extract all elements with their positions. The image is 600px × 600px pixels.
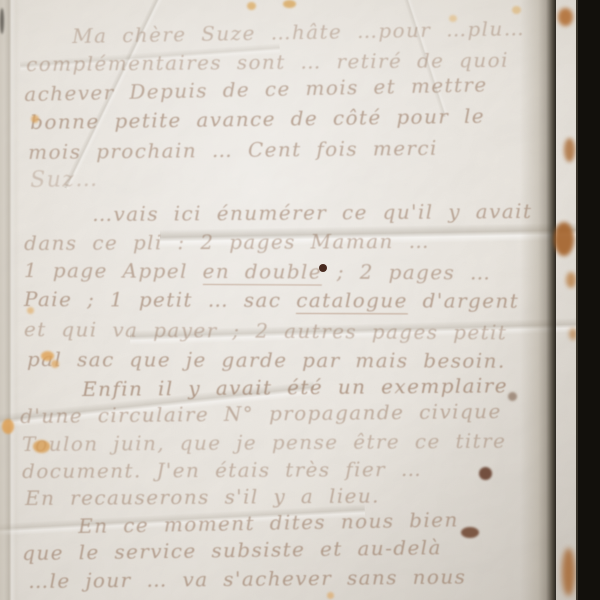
underlined-phrase: catalogue [296,288,408,314]
page-edge-shadow [520,0,556,600]
manuscript-line: Suz… [30,167,99,193]
manuscript-line: Enfin il y avait été un exemplaire [82,373,508,401]
manuscript-line: En ce moment dites nous bien [78,507,459,538]
ink-spot [508,392,517,401]
rust-stain [558,8,573,26]
manuscript-text: …le jour … va s'achever sans nous [28,564,466,593]
ink-smudge [461,527,479,538]
manuscript-line: dans ce pli : 2 pages Maman … [24,229,430,255]
page-gutter [0,0,22,600]
manuscript-text: bonne petite avance de côté pour le [30,104,485,134]
manuscript-text: d'une circulaire N° propagande civique [20,399,502,428]
manuscript-line: que le service subsiste et au-delà [22,535,442,565]
manuscript-text: pal sac que je garde par mais besoin. [27,347,506,373]
manuscript-line: d'une circulaire N° propagande civique [20,399,502,428]
manuscript-line: document. J'en étais très fier … [22,457,422,483]
manuscript-line: Toulon juin, que je pense être ce titre [22,429,506,456]
manuscript-line: En recauserons s'il y a lieu. [25,484,380,510]
manuscript-text: complémentaires sont … retiré de quoi [26,48,509,76]
manuscript-line: …vais ici énumérer ce qu'il y avait [92,199,532,226]
rust-stain [564,138,575,162]
photo-frame: Ma chère Suze …hâte …pour …plu…complémen… [0,0,600,600]
manuscript-line: mois prochain … Cent fois merci [28,136,438,164]
manuscript-text: Suz… [30,167,99,193]
manuscript-text: document. J'en étais très fier … [22,457,422,483]
manuscript-line: …le jour … va s'achever sans nous [28,564,466,593]
manuscript-text: Enfin il y avait été un exemplaire [82,373,508,401]
manuscript-text: ; 2 pages … [322,260,491,285]
manuscript-text: Ma chère Suze …hâte …pour …plu… [72,16,525,48]
manuscript-text: et qui va payer ; 2 autres pages petit [24,317,508,344]
manuscript-line: complémentaires sont … retiré de quoi [26,48,509,76]
rust-stain [566,272,576,288]
foxing-spot [247,2,256,10]
underlined-phrase: en double [203,259,323,286]
manuscript-line: 1 page Appel en double ; 2 pages … [24,258,492,284]
foxing-spot [283,0,296,8]
manuscript-text: Paie ; 1 petit … sac [24,287,296,312]
manuscript-line: Paie ; 1 petit … sac catalogue d'argent [24,287,519,313]
notebook-page: Ma chère Suze …hâte …pour …plu…complémen… [0,0,578,600]
manuscript-line: et qui va payer ; 2 autres pages petit [24,317,508,344]
ink-spot [479,467,492,480]
manuscript-text: achever Depuis de ce mois et mettre [24,72,488,106]
rust-stain [554,222,574,256]
manuscript-line: achever Depuis de ce mois et mettre [24,72,488,106]
manuscript-line: pal sac que je garde par mais besoin. [27,347,506,373]
manuscript-text: d'argent [408,288,519,312]
manuscript-text: mois prochain … Cent fois merci [28,136,438,164]
photo-background [576,0,600,600]
manuscript-line: Ma chère Suze …hâte …pour …plu… [72,16,525,48]
manuscript-text: En ce moment dites nous bien [78,507,459,538]
manuscript-text: En recauserons s'il y a lieu. [25,484,380,510]
manuscript-text: …vais ici énumérer ce qu'il y avait [92,199,532,226]
rust-stain [562,548,575,596]
manuscript-text: que le service subsiste et au-delà [22,535,442,565]
foxing-spot [327,592,334,599]
manuscript-line: bonne petite avance de côté pour le [30,104,485,134]
manuscript-text: 1 page Appel [24,258,203,283]
manuscript-text: Toulon juin, que je pense être ce titre [22,429,506,456]
manuscript-text: dans ce pli : 2 pages Maman … [24,229,430,255]
